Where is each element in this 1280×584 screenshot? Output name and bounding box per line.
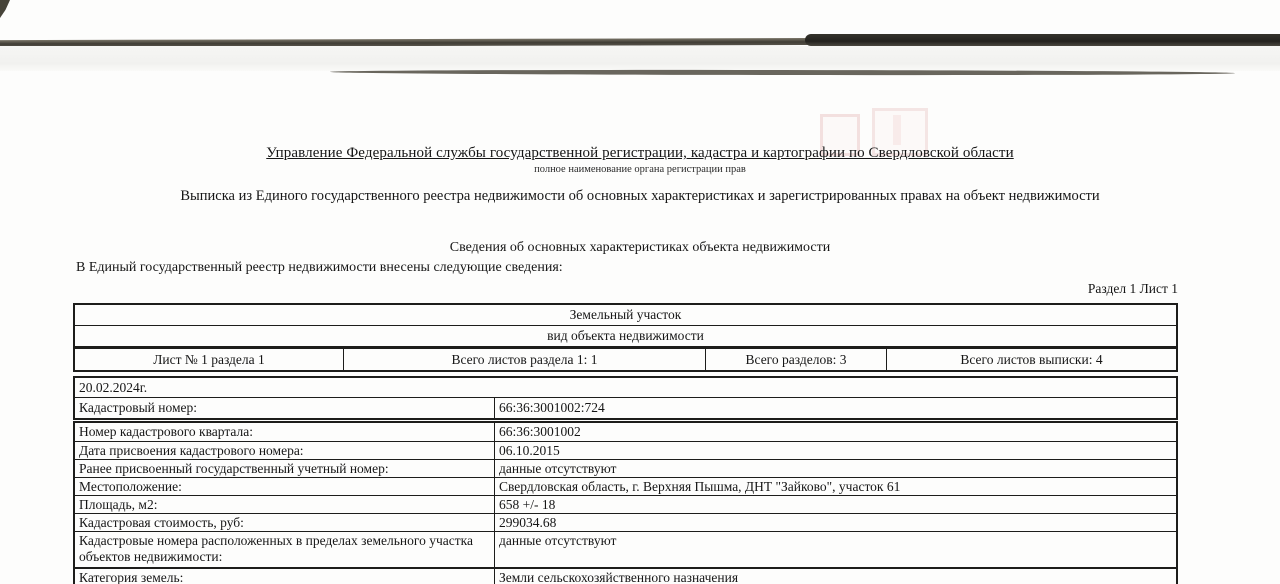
extract-date-row: 20.02.2024г. — [75, 378, 1176, 397]
table-row: Кадастровый номер: 66:36:3001002:724 — [75, 397, 1176, 418]
object-type-row: Земельный участок — [75, 305, 1176, 325]
record-value: Земли сельскохозяйственного назначения — [495, 569, 1176, 584]
attributes-table: Номер кадастрового квартала: 66:36:30010… — [73, 421, 1178, 584]
table-row: Категория земель: Земли сельскохозяйстве… — [75, 567, 1176, 584]
sheet-cell: Всего листов выписки: 4 — [886, 349, 1176, 370]
scanned-egrn-extract-page: Управление Федеральной службы государств… — [0, 0, 1280, 584]
object-type-caption-row: вид объекта недвижимости — [75, 325, 1176, 346]
table-row: Ранее присвоенный государственный учетны… — [75, 459, 1176, 477]
sheet-cell: Всего разделов: 3 — [705, 349, 886, 370]
object-type-table: Земельный участок вид объекта недвижимос… — [73, 303, 1178, 348]
record-value: 66:36:3001002:724 — [495, 399, 1176, 417]
scan-corner-artifact — [0, 0, 10, 18]
record-value: 299034.68 — [495, 514, 1176, 532]
table-row: Площадь, м2: 658 +/- 18 — [75, 495, 1176, 513]
extract-date: 20.02.2024г. — [79, 380, 147, 396]
table-row: Номер кадастрового квартала: 66:36:30010… — [75, 423, 1176, 441]
record-label: Номер кадастрового квартала: — [75, 423, 495, 441]
record-label: Категория земель: — [75, 569, 495, 584]
sheets-in-section-label: Всего листов раздела 1: 1 — [451, 352, 597, 368]
record-label: Ранее присвоенный государственный учетны… — [75, 460, 495, 477]
sheet-number-label: Лист № 1 раздела 1 — [153, 352, 265, 368]
record-value: 658 +/- 18 — [495, 496, 1176, 514]
sheet-cell: Лист № 1 раздела 1 — [75, 349, 343, 370]
table-row: Кадастровая стоимость, руб: 299034.68 — [75, 513, 1176, 531]
record-label: Кадастровая стоимость, руб: — [75, 514, 495, 531]
table-row: Дата присвоения кадастрового номера: 06.… — [75, 441, 1176, 459]
record-value: Свердловская область, г. Верхняя Пышма, … — [495, 478, 1176, 496]
scan-page-edge-shadow-dark — [805, 34, 1280, 46]
record-value: данные отсутствуют — [495, 532, 1176, 550]
record-label: Площадь, м2: — [75, 496, 495, 513]
record-value: 06.10.2015 — [495, 442, 1176, 460]
registration-authority-caption: полное наименование органа регистрации п… — [0, 164, 1280, 175]
table-row: Кадастровые номера расположенных в преде… — [75, 531, 1176, 567]
record-value: 66:36:3001002 — [495, 423, 1176, 441]
date-cadastral-table: 20.02.2024г. Кадастровый номер: 66:36:30… — [73, 376, 1178, 420]
document-title: Выписка из Единого государственного реес… — [0, 188, 1280, 205]
registration-authority-name: Управление Федеральной службы государств… — [0, 145, 1280, 162]
record-label: Кадастровые номера расположенных в преде… — [75, 532, 495, 567]
record-label: Дата присвоения кадастрового номера: — [75, 442, 495, 459]
intro-line: В Единый государственный реестр недвижим… — [76, 260, 563, 276]
record-label: Местоположение: — [75, 478, 495, 495]
total-sections-label: Всего разделов: 3 — [746, 352, 847, 368]
sheet-cell: Всего листов раздела 1: 1 — [343, 349, 705, 370]
scan-page-curl-shadow — [330, 69, 1235, 75]
razdel-sheet-label: Раздел 1 Лист 1 — [1088, 281, 1178, 297]
record-value: данные отсутствуют — [495, 460, 1176, 478]
section-title: Сведения об основных характеристиках объ… — [0, 240, 1280, 256]
object-type-caption: вид объекта недвижимости — [547, 328, 704, 344]
object-type-value: Земельный участок — [570, 307, 682, 323]
scan-gap-strip — [0, 46, 1280, 71]
table-row: Местоположение: Свердловская область, г.… — [75, 477, 1176, 495]
total-sheets-label: Всего листов выписки: 4 — [960, 352, 1102, 368]
sheet-counters-table: Лист № 1 раздела 1 Всего листов раздела … — [73, 347, 1178, 372]
record-label: Кадастровый номер: — [75, 398, 495, 418]
